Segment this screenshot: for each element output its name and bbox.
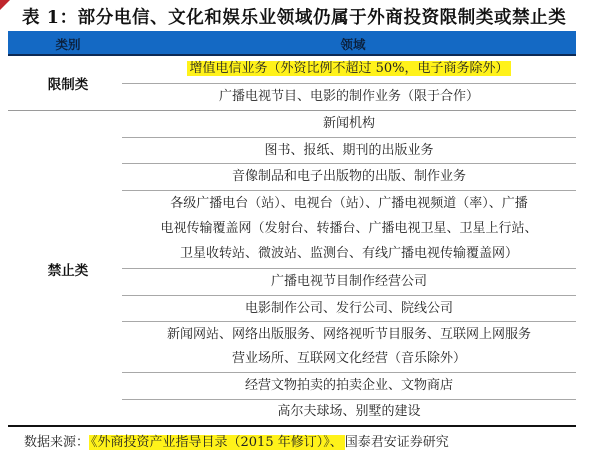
table-row-cont: 电视传输覆盖网（发射台、转播台、广播电视卫星、卫星上行站、 — [122, 216, 576, 241]
table-title: 表 1：部分电信、文化和娱乐业领域仍属于外商投资限制类或禁止类 — [22, 4, 566, 29]
table-row: 高尔夫球场、别墅的建设 — [122, 399, 576, 424]
header-category: 类别 — [8, 35, 128, 53]
table-row: 广播电视节目制作经营公司 — [122, 269, 576, 294]
table-header: 类别 领域 — [8, 31, 576, 56]
source-label: 数据来源： — [24, 435, 89, 450]
table-row: 新闻机构 — [122, 111, 576, 136]
table-row: 新闻网站、网络出版服务、网络视听节目服务、互联网上网服务 — [122, 322, 576, 347]
source-highlighted: 《外商投资产业指导目录（2015 年修订）》、 — [89, 435, 345, 450]
category-restricted: 限制类 — [8, 73, 128, 93]
corner-marker — [0, 0, 10, 10]
table-row: 广播电视节目、电影的制作业务（限于合作） — [122, 84, 576, 109]
table-row: 经营文物拍卖的拍卖企业、文物商店 — [122, 373, 576, 398]
data-source: 数据来源：《外商投资产业指导目录（2015 年修订）》、国泰君安证券研究 — [24, 431, 449, 450]
table-bottom-rule — [8, 425, 576, 427]
table-row: 电影制作公司、发行公司、院线公司 — [122, 296, 576, 321]
table-row: 音像制品和电子出版物的出版、制作业务 — [122, 164, 576, 189]
source-rest: 国泰君安证券研究 — [345, 435, 449, 450]
category-prohibited: 禁止类 — [8, 259, 128, 279]
table-row: 图书、报纸、期刊的出版业务 — [122, 138, 576, 163]
table-row: 各级广播电台（站）、电视台（站）、广播电视频道（率）、广播 — [122, 191, 576, 216]
header-field: 领域 — [130, 35, 576, 53]
highlighted-text: 增值电信业务（外资比例不超过 50%，电子商务除外） — [187, 61, 510, 76]
table-row-cont: 营业场所、互联网文化经营（音乐除外） — [122, 346, 576, 371]
table-row: 增值电信业务（外资比例不超过 50%，电子商务除外） — [122, 56, 576, 81]
table-row-cont: 卫星收转站、微波站、监测台、有线广播电视传输覆盖网） — [122, 241, 576, 266]
